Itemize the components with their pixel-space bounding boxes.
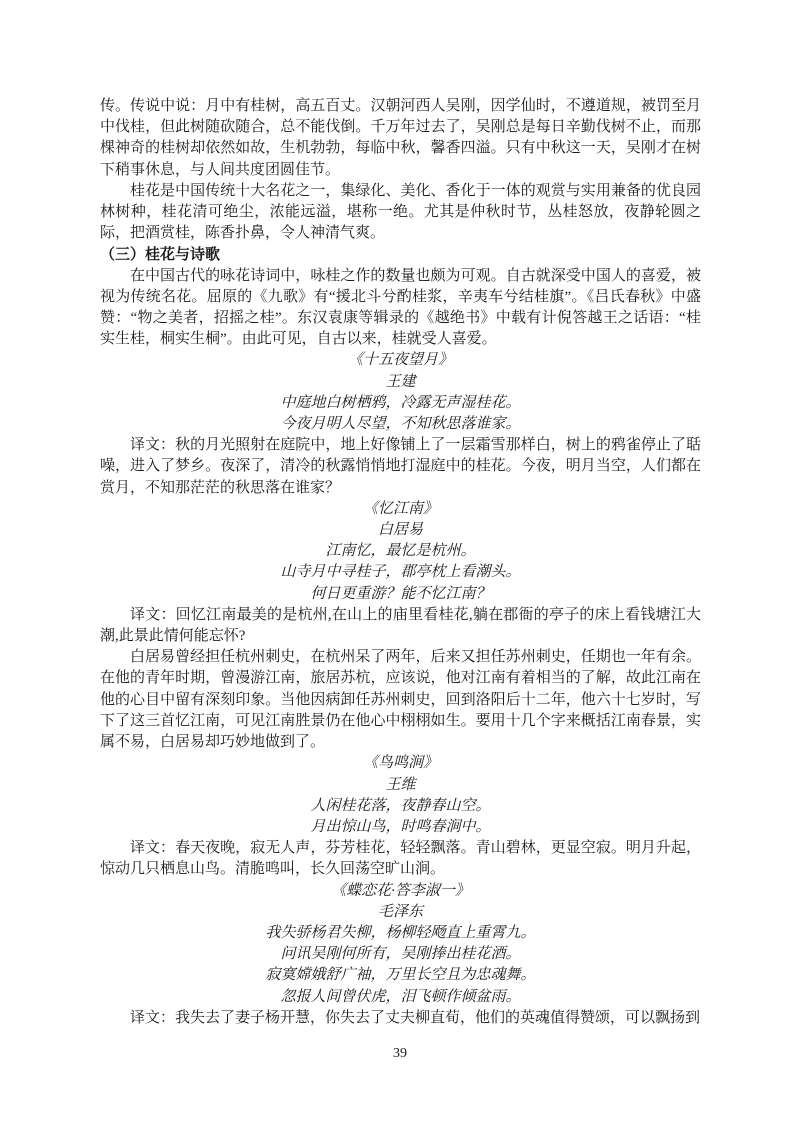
poem-title: 《忆江南》 <box>100 499 701 520</box>
paragraph: 传。传说中说：月中有桂树，高五百丈。汉朝河西人吴刚，因学仙时，不遵道规，被罚至月… <box>100 96 701 181</box>
paragraph: 桂花是中国传统十大名花之一，集绿化、美化、香化于一体的观赏与实用兼备的优良园林树… <box>100 181 701 245</box>
poem-line: 月出惊山鸟，时鸣春涧中。 <box>100 817 701 838</box>
poem-line: 中庭地白树栖鸦，冷露无声湿桂花。 <box>100 393 701 414</box>
poem-line: 山寺月中寻桂子，郡亭枕上看潮头。 <box>100 562 701 583</box>
document-content: 传。传说中说：月中有桂树，高五百丈。汉朝河西人吴刚，因学仙时，不遵道规，被罚至月… <box>100 96 701 1029</box>
poem-title: 《十五夜望月》 <box>100 350 701 371</box>
paragraph: 白居易曾经担任杭州刺史，在杭州呆了两年，后来又担任苏州刺史，任期也一年有余。在他… <box>100 647 701 753</box>
poem-line: 我失骄杨君失柳，杨柳轻飏直上重霄九。 <box>100 923 701 944</box>
poem-line: 今夜月明人尽望，不知秋思落谁家。 <box>100 414 701 435</box>
paragraph: 在中国古代的咏花诗词中，咏桂之作的数量也颇为可观。自古就深受中国人的喜爱，被视为… <box>100 266 701 351</box>
page-number: 39 <box>0 1043 800 1064</box>
poem-line: 寂寞嫦娥舒广袖，万里长空且为忠魂舞。 <box>100 965 701 986</box>
poem-title: 《蝶恋花·答李淑一》 <box>100 881 701 902</box>
poem-author: 白居易 <box>100 520 701 541</box>
poem-line: 问讯吴刚何所有，吴刚捧出桂花酒。 <box>100 944 701 965</box>
paragraph: 译文：春天夜晚，寂无人声，芬芳桂花，轻轻飘落。青山碧林，更显空寂。明月升起，惊动… <box>100 838 701 880</box>
paragraph: 译文：秋的月光照射在庭院中，地上好像铺上了一层霜雪那样白，树上的鸦雀停止了聒噪，… <box>100 435 701 499</box>
poem-line: 何日更重游？能不忆江南？ <box>100 584 701 605</box>
paragraph: 译文：回忆江南最美的是杭州,在山上的庙里看桂花,躺在郡衙的亭子的床上看钱塘江大潮… <box>100 605 701 647</box>
poem-title: 《鸟鸣涧》 <box>100 753 701 774</box>
document-page: 传。传说中说：月中有桂树，高五百丈。汉朝河西人吴刚，因学仙时，不遵道规，被罚至月… <box>0 0 800 1131</box>
poem-author: 毛泽东 <box>100 902 701 923</box>
poem-author: 王维 <box>100 775 701 796</box>
poem-line: 江南忆，最忆是杭州。 <box>100 541 701 562</box>
heading: （三）桂花与诗歌 <box>100 244 701 265</box>
poem-author: 王建 <box>100 372 701 393</box>
paragraph: 译文：我失去了妻子杨开慧，你失去了丈夫柳直荀，他们的英魂值得赞颂，可以飘扬到 <box>100 1008 701 1029</box>
poem-line: 忽报人间曾伏虎，泪飞顿作倾盆雨。 <box>100 987 701 1008</box>
poem-line: 人闲桂花落，夜静春山空。 <box>100 796 701 817</box>
